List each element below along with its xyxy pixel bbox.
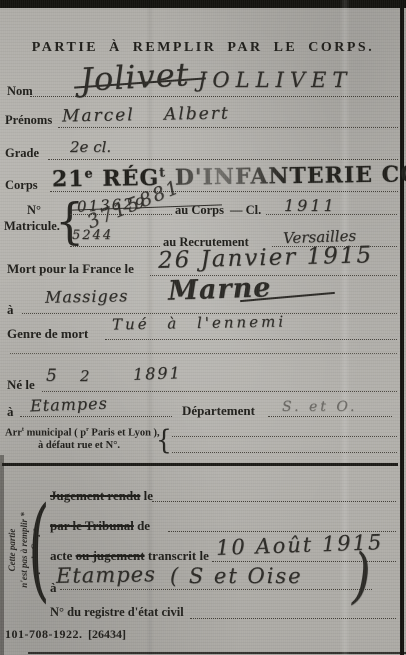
arr-dotted-line-1 <box>172 436 397 437</box>
nom-caps-value: JOLLIVET <box>198 68 352 92</box>
transcrit-line-a: acte <box>50 548 76 563</box>
arr-label-line1: Arrt municipal ( pr Paris et Lyon ), <box>5 427 160 439</box>
departement-value: S. et O. <box>282 399 357 415</box>
arr-l1c: Paris et Lyon ), <box>89 428 160 439</box>
arr-label-line2: à défaut rue et N°. <box>38 440 120 451</box>
au-corps-label: au Corps <box>175 203 224 218</box>
arr-brace: { <box>156 424 172 456</box>
scanned-death-record-card: PARTIE À REMPLIR PAR LE CORPS. Nom Joliv… <box>0 0 406 655</box>
prenoms-value: Marcel Albert <box>62 104 230 127</box>
tribunal-line-struck: par le Tribunal <box>50 518 134 533</box>
right-scan-edge <box>400 6 404 655</box>
jugement-dotted-line-1 <box>152 501 396 502</box>
stamp-number: 21 <box>52 166 85 192</box>
top-scan-edge <box>0 0 406 8</box>
genre-value: Tué à l'ennemi <box>112 312 286 333</box>
mort-commune-value: Massiges <box>45 286 129 306</box>
mort-label: Mort pour la France le <box>7 261 134 277</box>
matricule-label-line1: N° <box>27 203 41 218</box>
birth-lieu-label: à <box>7 404 14 420</box>
nom-script-value: Jolivet <box>79 55 190 99</box>
birth-commune-value: Etampes <box>30 394 108 416</box>
birth-day-value: 5 <box>46 366 57 386</box>
arr-dotted-line-2 <box>172 452 397 453</box>
tribunal-line: par le Tribunal de <box>50 518 150 534</box>
matricule-dotted-line-2a <box>70 246 160 247</box>
jugement-brace: ( <box>28 477 50 623</box>
classe-label: — Cl. <box>230 203 261 218</box>
closing-paren: ) <box>352 541 371 611</box>
jugement-dotted-line-4 <box>60 589 372 590</box>
imprint-code: 101-708-1922. <box>5 627 83 642</box>
form-title: PARTIE À REMPLIR PAR LE CORPS. <box>0 40 406 56</box>
corps-label: Corps <box>5 178 38 193</box>
prenoms-label: Prénoms <box>5 113 52 128</box>
imprint-number: [26434] <box>88 627 126 642</box>
left-scan-smudge <box>0 455 4 655</box>
grade-label: Grade <box>5 146 39 161</box>
jugement-line1: Jugement rendu le <box>50 488 153 504</box>
transcrit-line-rest: transcrit le <box>145 548 209 563</box>
arr-l1b: municipal ( p <box>24 428 86 439</box>
classe-value: 1911 <box>284 196 337 215</box>
paper-streak <box>340 0 350 655</box>
registre-label: N° du registre d'état civil <box>50 605 184 620</box>
birth-lieu-dotted-line <box>20 416 172 417</box>
departement-label: Département <box>182 403 255 419</box>
naissance-dotted-line <box>42 391 397 392</box>
genre-label: Genre de mort <box>7 326 88 342</box>
tribunal-line-rest: de <box>134 518 150 533</box>
recruitment-number: 5244 <box>72 228 113 243</box>
birth-year-value: 1891 <box>133 363 182 384</box>
grade-value: 2e cl. <box>70 138 111 156</box>
prenoms-dotted-line <box>58 127 398 128</box>
nom-label: Nom <box>7 84 33 99</box>
naissance-label: Né le <box>7 377 35 393</box>
departement-dotted-line <box>268 416 392 417</box>
stamp-number-sup: e <box>84 167 93 182</box>
jugement-line1-struck: Jugement rendu <box>50 488 140 503</box>
marginal-note-line1: Cette partie <box>7 476 19 624</box>
bottom-scan-edge <box>28 652 406 654</box>
transcrit-dept-value: ( S et Oise <box>170 564 303 588</box>
blank-ruled-line <box>10 353 397 354</box>
jugement-dotted-line-5 <box>190 618 396 619</box>
matricule-label-line2: Matricule. <box>4 219 60 234</box>
mort-dept-value: Marne <box>167 272 271 307</box>
birth-month-value: 2 <box>80 367 90 385</box>
grade-dotted-line <box>48 159 398 160</box>
arr-l1a: Arr <box>5 428 22 439</box>
mort-date-value: 26 Janvier 1915 <box>158 242 374 274</box>
transcrit-commune-value: Etampes <box>56 562 156 588</box>
mort-lieu-label: à <box>7 302 14 318</box>
transcrit-line-struck: ou jugement <box>76 548 145 563</box>
section-separator-line <box>2 463 398 466</box>
genre-dotted-line <box>105 339 397 340</box>
